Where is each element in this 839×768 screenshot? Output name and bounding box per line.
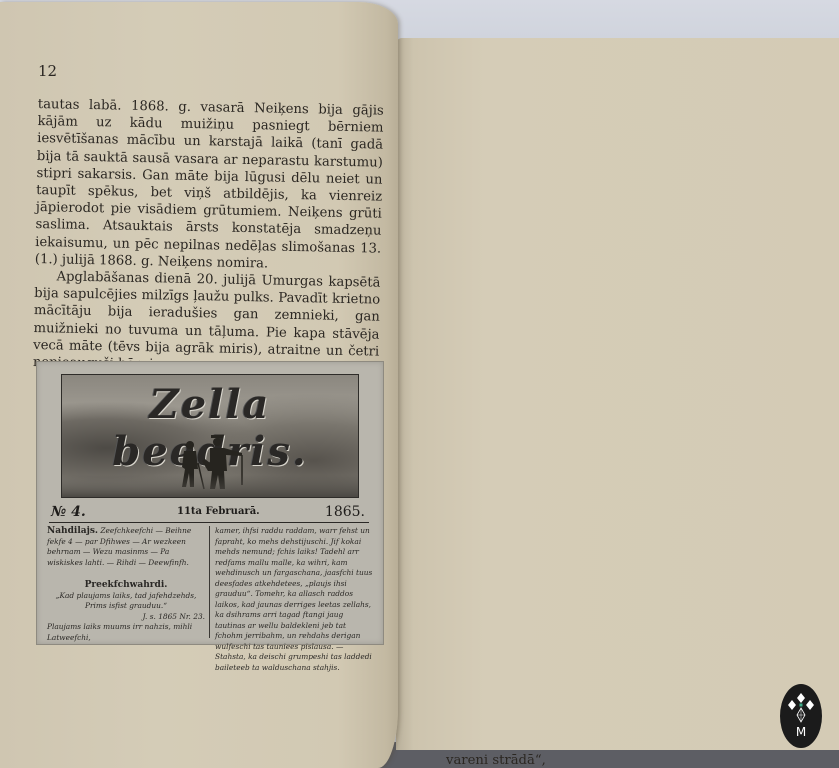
contents-heading: Nahdilajs. [47,526,98,536]
paragraph: tautas labā. 1868. g. vasarā Neiķens bij… [35,96,384,275]
newspaper-left-column: Nahdilajs. Zeefchkeefchi — Beihne fekfe … [47,526,205,643]
epigraph-quote: „Kad plaujams laiks, tad jafehdzehds, Pr… [47,591,205,612]
issue-year: 1865. [325,504,365,520]
page-number: 12 [38,62,57,80]
newspaper-masthead: Zella beedris. [61,374,359,498]
column-text: kamer, ihfsi raddu raddam, warr fehst un… [215,526,375,673]
watermark-logo: M [780,684,822,748]
column-divider [209,526,210,638]
left-page: 12 tautas labā. 1868. g. vasarā Neiķens … [0,2,398,768]
folk-ornament-logo-icon: M [780,684,822,748]
right-page [396,38,839,750]
landscape-ground [62,475,358,497]
issue-number: № 4. [51,504,86,520]
section-heading: Preekfchwahrdi. [47,580,205,591]
newspaper-right-column: kamer, ihfsi raddu raddam, warr fehst un… [215,526,375,673]
svg-text:M: M [796,725,806,739]
epigraph-citation: J. s. 1865 Nr. 23. [47,612,205,623]
newspaper-facsimile: Zella beedris. № 4. 11ta Februarā. [36,361,384,645]
issue-info-row: № 4. 11ta Februarā. 1865. [49,504,369,523]
column-closing-line: Plaujams laiks muums irr nahzis, mihli L… [47,622,205,643]
left-page-body: tautas labā. 1868. g. vasarā Neiķens bij… [33,96,384,378]
issue-date: 11ta Februarā. [177,506,260,517]
